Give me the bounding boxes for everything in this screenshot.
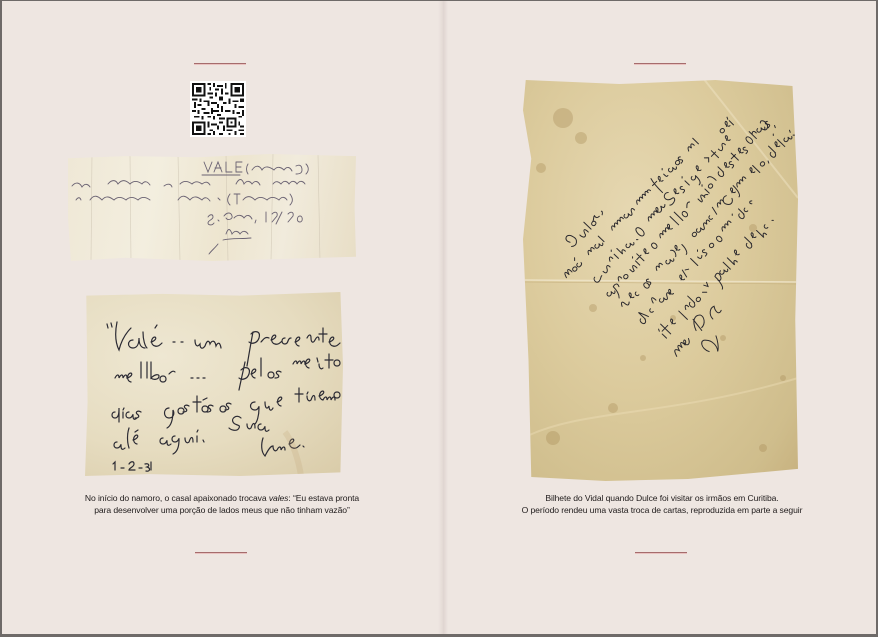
left-caption-line-2: para desenvolver uma porção de lados meu… — [42, 504, 402, 516]
note-image — [85, 292, 343, 476]
vale-voucher-image — [68, 154, 356, 261]
qr-code[interactable] — [190, 81, 246, 137]
handwriting-note — [85, 292, 343, 476]
right-page: Bilhete do Vidal quando Dulce foi visita… — [440, 1, 876, 634]
bottom-divider-rule — [635, 552, 687, 553]
letter-image — [523, 78, 798, 481]
right-caption-line-2: O período rendeu uma vasta troca de cart… — [472, 504, 852, 516]
book-spread: No início do namoro, o casal apaixonado … — [2, 1, 876, 634]
handwriting-vale — [68, 154, 356, 261]
top-divider-rule — [634, 63, 686, 64]
right-caption: Bilhete do Vidal quando Dulce foi visita… — [472, 492, 852, 516]
left-page: No início do namoro, o casal apaixonado … — [2, 1, 440, 634]
right-caption-line-1: Bilhete do Vidal quando Dulce foi visita… — [472, 492, 852, 504]
top-divider-rule — [194, 63, 246, 64]
qr-code-icon — [190, 81, 246, 137]
left-caption: No início do namoro, o casal apaixonado … — [42, 492, 402, 516]
left-caption-line-1: No início do namoro, o casal apaixonado … — [42, 492, 402, 504]
handwriting-letter — [523, 78, 798, 481]
bottom-divider-rule — [195, 552, 247, 553]
